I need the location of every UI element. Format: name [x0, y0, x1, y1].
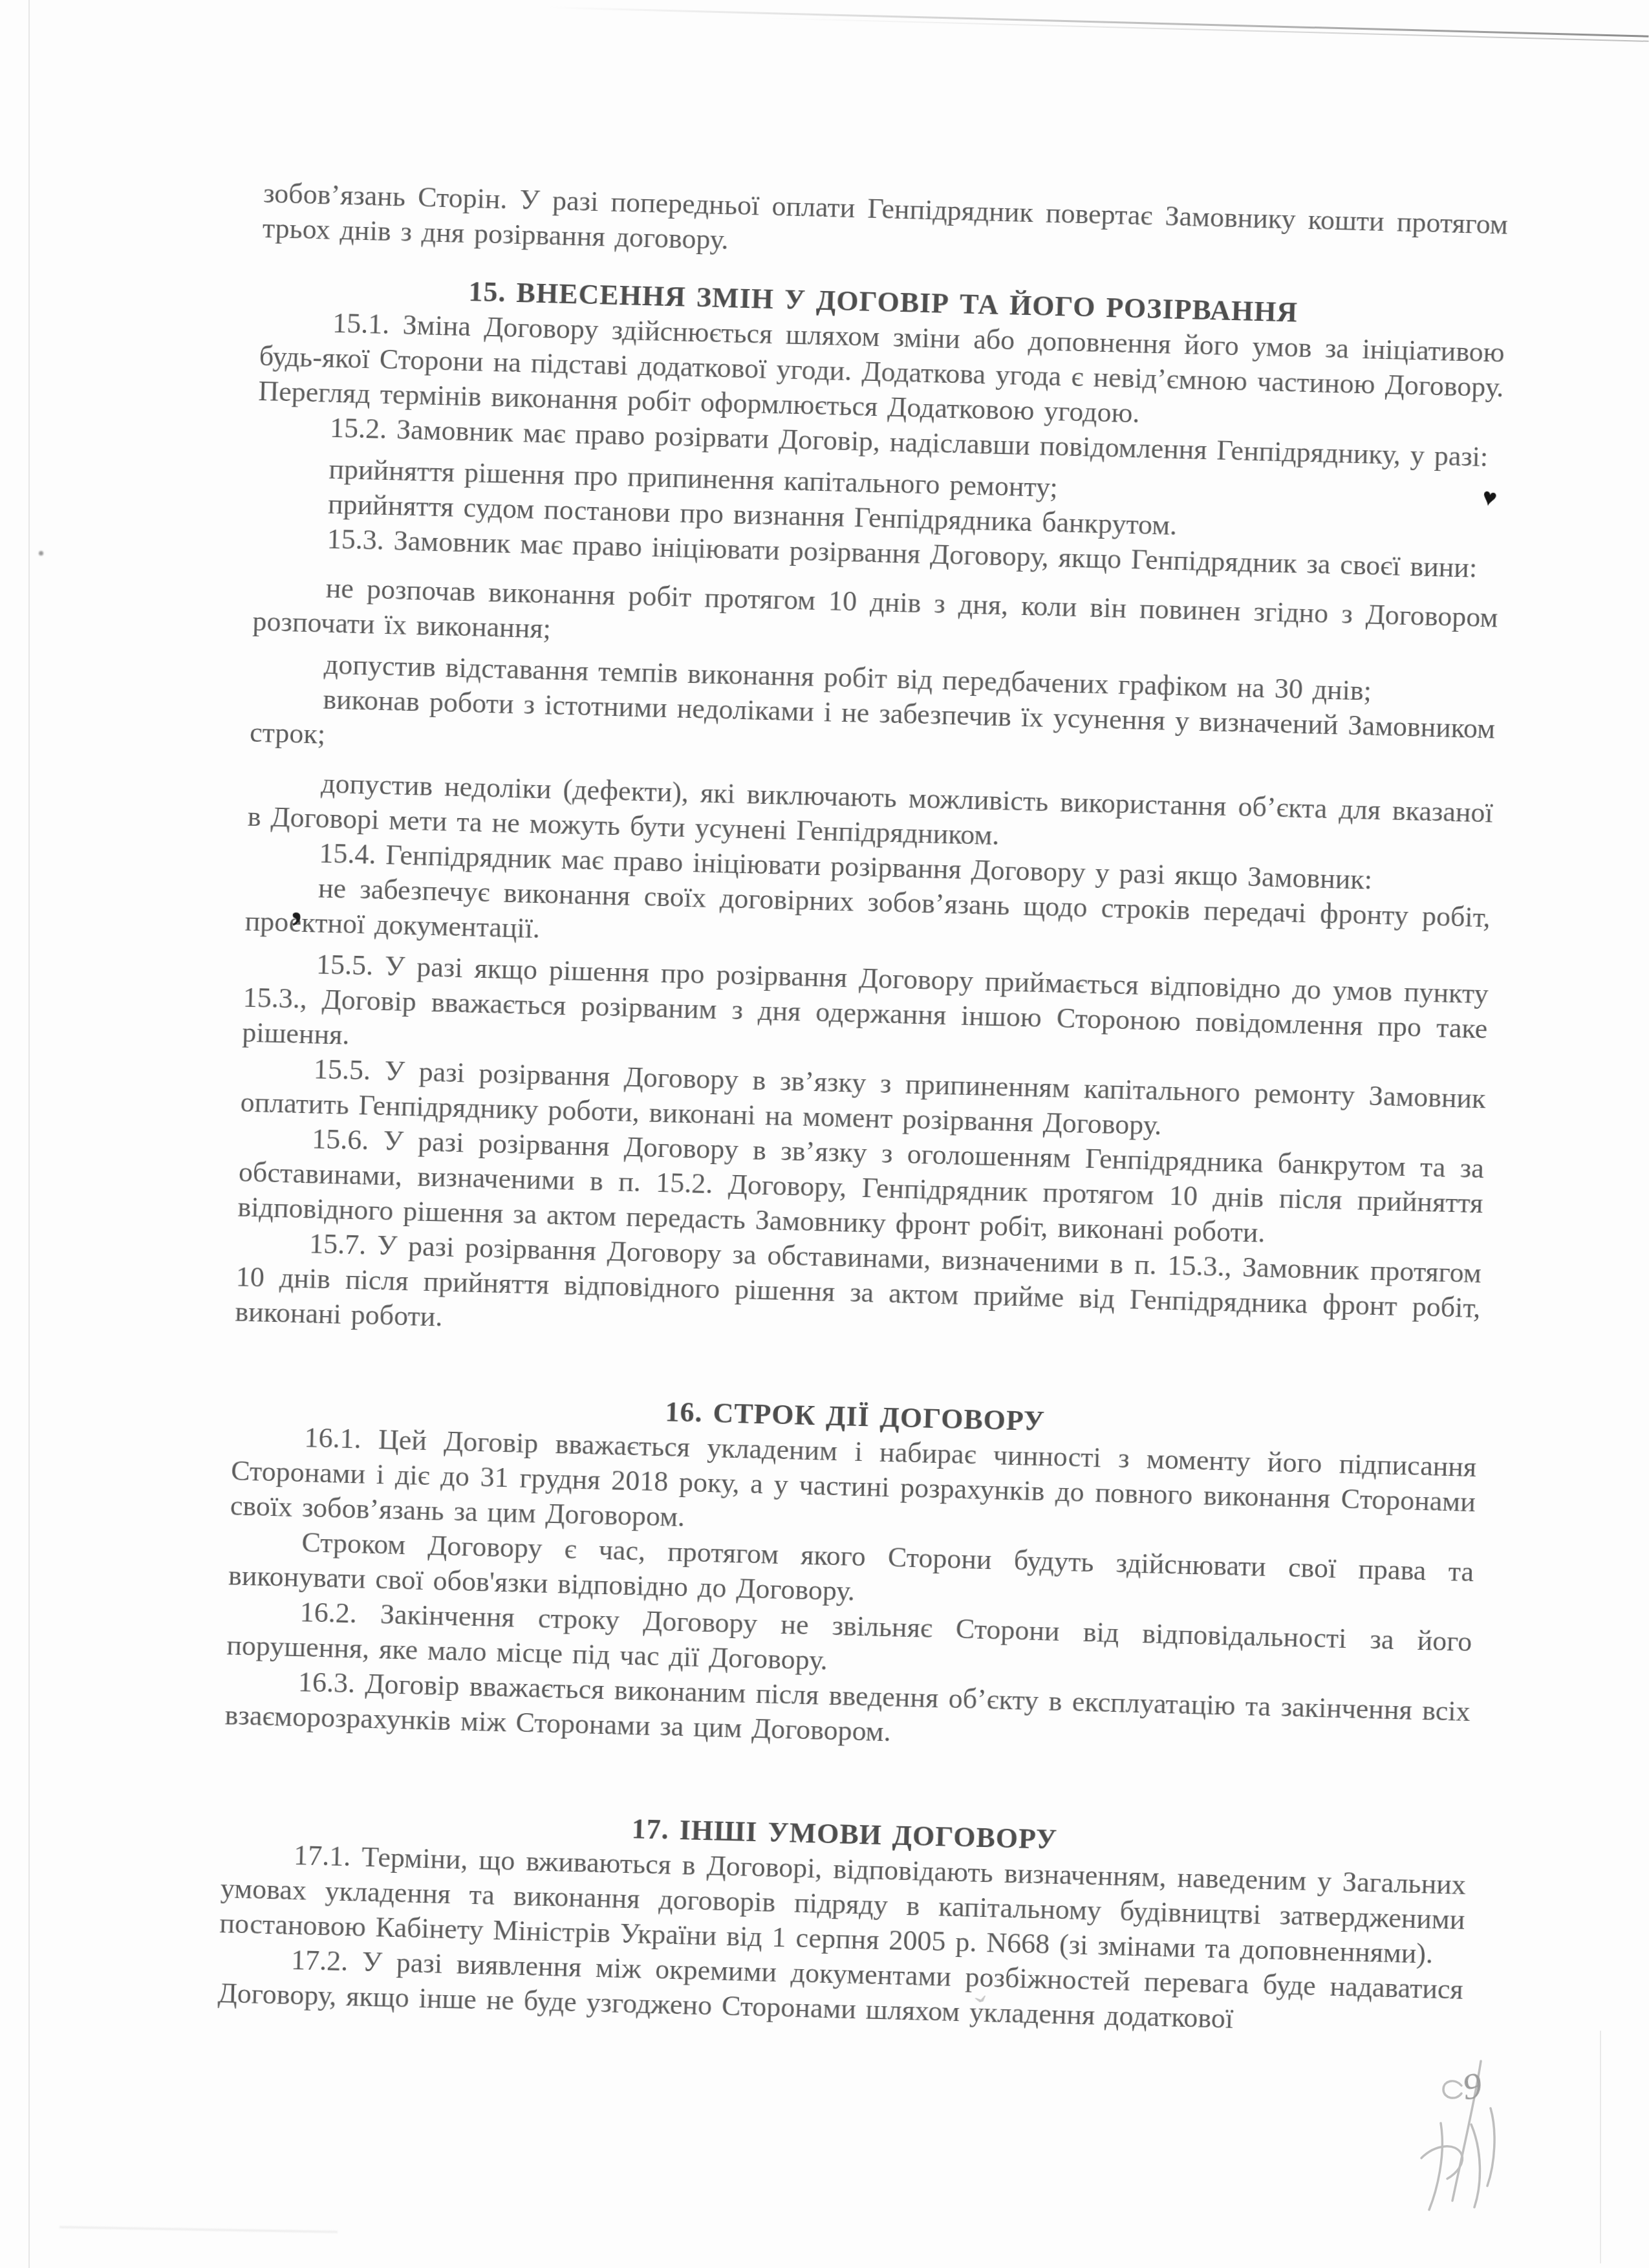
- document-text: зобов’язань Сторін. У разі попередньої о…: [217, 176, 1508, 2042]
- scan-edge-line-top-secondary: [763, 17, 1649, 42]
- scanned-page: зобов’язань Сторін. У разі попередньої о…: [0, 0, 1649, 2268]
- scan-edge-line-top: [546, 6, 1648, 38]
- scan-noise: [59, 2226, 338, 2233]
- paper-crease-right: [1600, 2031, 1601, 2263]
- scan-speck: [39, 551, 43, 556]
- scan-edge-line-left: [28, 0, 30, 2268]
- signature-scribble: [1384, 2047, 1533, 2228]
- para-continuation: зобов’язань Сторін. У разі попередньої о…: [262, 176, 1508, 277]
